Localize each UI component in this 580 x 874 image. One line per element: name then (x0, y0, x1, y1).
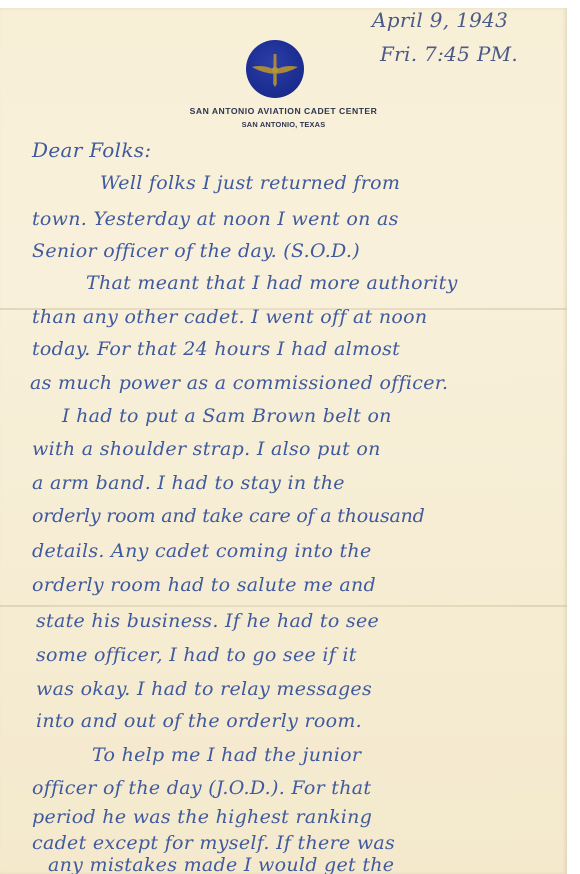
letter-line: state his business. If he had to see (36, 610, 379, 632)
letter-line: period he was the highest ranking (32, 806, 372, 828)
paper-fold-crease (0, 605, 567, 607)
letter-line: with a shoulder strap. I also put on (32, 438, 381, 460)
letter-line: today. For that 24 hours I had almost (32, 338, 400, 360)
letter-line: Senior officer of the day. (S.O.D.) (32, 240, 360, 262)
letter-salutation: Dear Folks: (32, 138, 151, 162)
letter-line: any mistakes made I would get the (48, 854, 394, 874)
letter-line: To help me I had the junior (92, 744, 361, 766)
letter-line: That meant that I had more authority (86, 272, 458, 294)
letter-line: I had to put a Sam Brown belt on (62, 405, 392, 427)
letter-line: orderly room had to salute me and (32, 574, 376, 596)
letter-line: some officer, I had to go see if it (36, 644, 357, 666)
letter-line: as much power as a commissioned officer. (30, 372, 448, 394)
letter-line: into and out of the orderly room. (36, 710, 362, 732)
air-corps-emblem-icon (246, 40, 304, 98)
letter-date: April 9, 1943 (372, 8, 508, 32)
letter-line: details. Any cadet coming into the (32, 540, 372, 562)
letter-line: than any other cadet. I went off at noon (32, 306, 427, 328)
letter-line: cadet except for myself. If there was (32, 832, 395, 854)
letter-day-time: Fri. 7:45 PM. (380, 42, 518, 66)
letter-line: officer of the day (J.O.D.). For that (32, 777, 371, 799)
letter-line: town. Yesterday at noon I went on as (32, 208, 399, 230)
letterhead-organization: SAN ANTONIO AVIATION CADET CENTER (0, 106, 567, 116)
letter-line: was okay. I had to relay messages (36, 678, 372, 700)
letter-line: orderly room and take care of a thousand (32, 505, 425, 527)
letterhead-location: SAN ANTONIO, TEXAS (0, 120, 567, 129)
letter-line: Well folks I just returned from (100, 172, 400, 194)
letter-line: a arm band. I had to stay in the (32, 472, 345, 494)
